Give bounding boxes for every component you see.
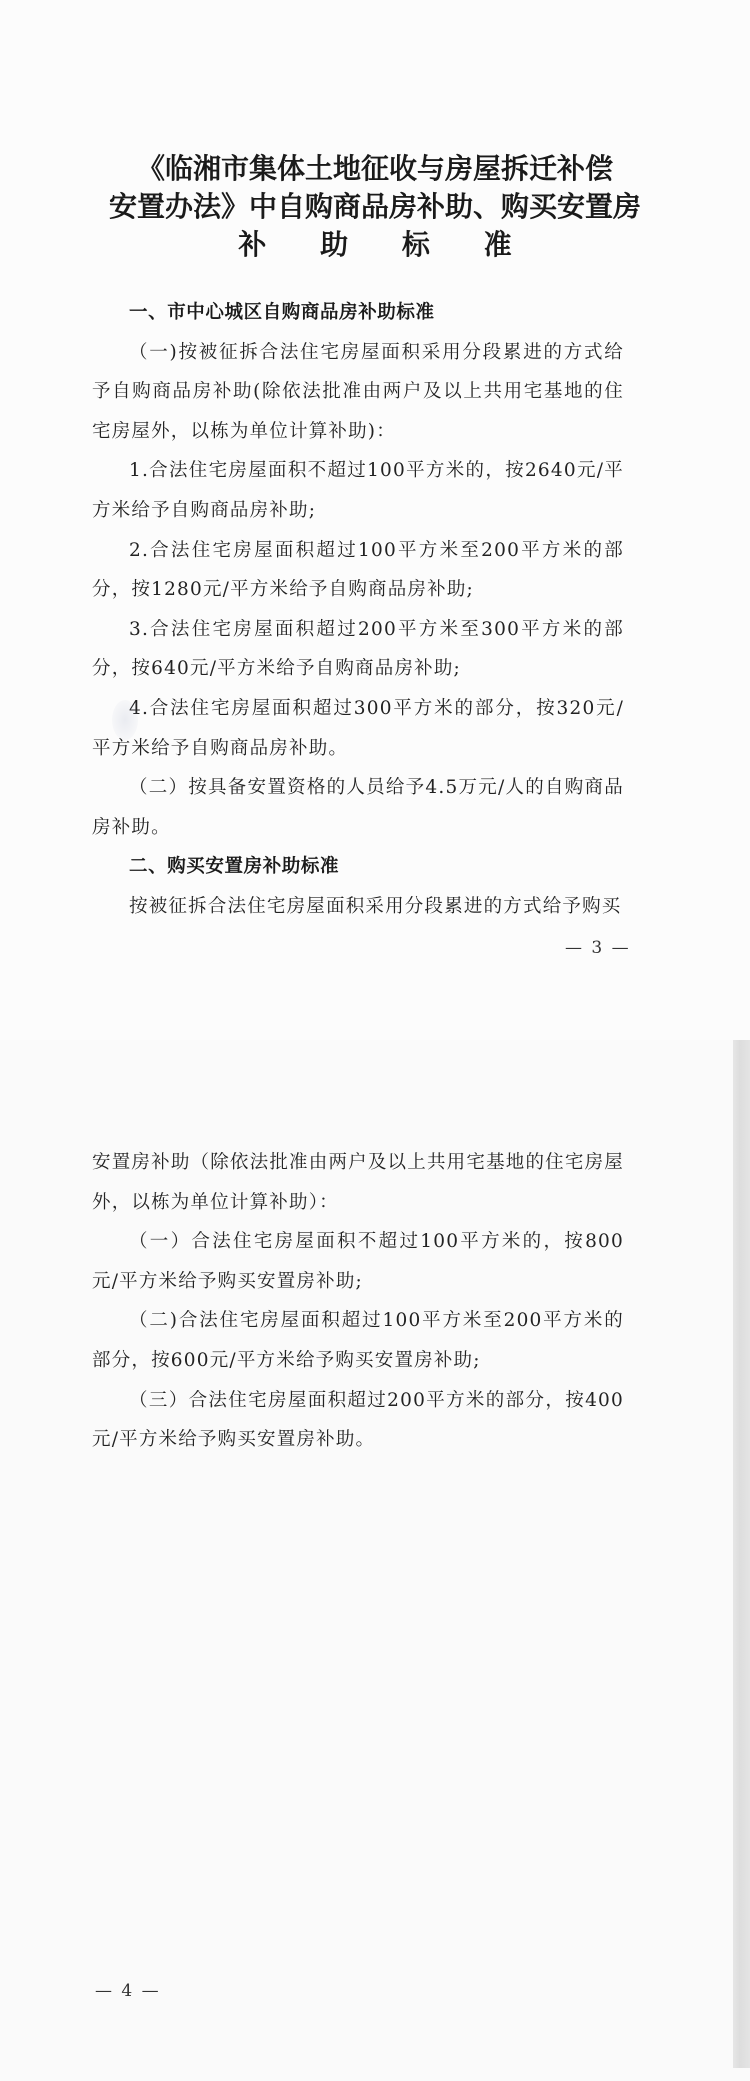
document-title: 《临湘市集体土地征收与房屋拆迁补偿 安置办法》中自购商品房补助、购买安置房 补 …	[0, 150, 750, 264]
paragraph: （一）合法住宅房屋面积不超过100平方米的，按800元/平方米给予购买安置房补助…	[92, 1222, 624, 1301]
paragraph: 4.合法住宅房屋面积超过300平方米的部分，按320元/平方米给予自购商品房补助…	[92, 689, 624, 768]
title-line-1: 《临湘市集体土地征收与房屋拆迁补偿	[0, 150, 750, 188]
paragraph: 3.合法住宅房屋面积超过200平方米至300平方米的部分，按640元/平方米给予…	[92, 610, 624, 689]
page-4-body: 安置房补助（除依法批准由两户及以上共用宅基地的住宅房屋外，以栋为单位计算补助）：…	[92, 1143, 624, 1460]
page-number: — 4 —	[95, 1981, 161, 2001]
page-number: — 3 —	[565, 938, 631, 958]
scan-smudge	[112, 700, 138, 740]
section-heading-2: 二、购买安置房补助标准	[92, 847, 624, 887]
paragraph: 2.合法住宅房屋面积超过100平方米至200平方米的部分，按1280元/平方米给…	[92, 531, 624, 610]
paragraph: 1.合法住宅房屋面积不超过100平方米的，按2640元/平方米给予自购商品房补助…	[92, 451, 624, 530]
title-line-2: 安置办法》中自购商品房补助、购买安置房	[0, 188, 750, 226]
paragraph: 按被征拆合法住宅房屋面积采用分段累进的方式给予购买	[92, 887, 624, 927]
document-page-3: 《临湘市集体土地征收与房屋拆迁补偿 安置办法》中自购商品房补助、购买安置房 补 …	[0, 0, 750, 1040]
paragraph: （二）按具备安置资格的人员给予4.5万元/人的自购商品房补助。	[92, 768, 624, 847]
title-line-3: 补 助 标 准	[0, 226, 750, 264]
document-page-4: 安置房补助（除依法批准由两户及以上共用宅基地的住宅房屋外，以栋为单位计算补助）：…	[0, 1040, 750, 2081]
paragraph: （三）合法住宅房屋面积超过200平方米的部分，按400元/平方米给予购买安置房补…	[92, 1381, 624, 1460]
section-heading-1: 一、市中心城区自购商品房补助标准	[92, 293, 624, 333]
paragraph: （一)按被征拆合法住宅房屋面积采用分段累进的方式给予自购商品房补助(除依法批准由…	[92, 333, 624, 452]
page-3-body: 一、市中心城区自购商品房补助标准 （一)按被征拆合法住宅房屋面积采用分段累进的方…	[92, 293, 624, 927]
scan-edge-strip	[733, 1040, 750, 2068]
paragraph: 安置房补助（除依法批准由两户及以上共用宅基地的住宅房屋外，以栋为单位计算补助）：	[92, 1143, 624, 1222]
paragraph: （二)合法住宅房屋面积超过100平方米至200平方米的部分，按600元/平方米给…	[92, 1301, 624, 1380]
